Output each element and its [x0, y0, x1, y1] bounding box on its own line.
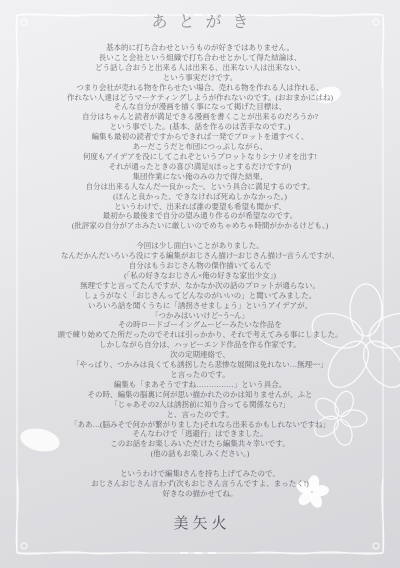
afterword-line: 編集も最初の読者ですからできれば一発でプロットを通すべく、 [0, 132, 400, 142]
afterword-line: 編集も「まあそうですね……………」という具合。 [0, 380, 400, 390]
afterword-line: しょうがなく「おじさんってどんなのがいいの」と聞いてみました。 [0, 291, 400, 301]
afterword-line: その時、編集の脳裏に何が思い描かれたのかは知りませんが、ふと [0, 390, 400, 400]
afterword-line: そんなわけで「逃避行」はできました。 [0, 429, 400, 439]
afterword-content: あとがき 基本的に打ち合わせというものが好きではありません。長いこと会社という組… [0, 0, 400, 533]
afterword-line: 最初から最後まで自分の望み通り作るのが希望なのです。 [0, 211, 400, 221]
afterword-line: 「つかみはいいけど~う~ん」 [0, 311, 400, 321]
afterword-line: 今回は少し面白いことがありました。 [0, 241, 400, 251]
afterword-line: いろいろ話を聞くうちに「誘拐させましょう」というアイデアが、 [0, 301, 400, 311]
afterword-line: (「私の好きなおじさん×俺の好きな家出少女」) [0, 271, 400, 281]
afterword-line: あーだこうだと布団につっぷしながら、 [0, 142, 400, 152]
afterword-paragraph: 基本的に打ち合わせというものが好きではありません。長いこと会社という組織で打ち合… [0, 43, 400, 231]
afterword-line: 何度もアイデアを没にしてこれぞというプロットなりシナリオを出す! [0, 152, 400, 162]
afterword-line: (ほんと良かった、できなければ死ぬしかなかった。) [0, 192, 400, 202]
afterword-page: あとがき 基本的に打ち合わせというものが好きではありません。長いこと会社という組… [0, 0, 400, 568]
afterword-line: というわけで、出来れば誰の要望も希望も聞かず、 [0, 202, 400, 212]
afterword-line: それが通ったときの喜び!満足!(ほっとするだけですが) [0, 162, 400, 172]
page-title: あとがき [0, 9, 400, 32]
afterword-line: 基本的に打ち合わせというものが好きではありません。 [0, 43, 400, 53]
afterword-line: つまり会社が売れる物を作らせたい場合、売れる物を作れる人は作れる、 [0, 83, 400, 93]
afterword-line: どう話し合おうと出来る人は出来る、出来ない人は出来ない、 [0, 63, 400, 73]
afterword-paragraph: というわけで編集Iさんを持ち上げてみたので、おじさんおじさん言わず(次もおじさん… [0, 469, 400, 499]
afterword-line: と、言ったのです。 [0, 410, 400, 420]
afterword-line: そんな自分が漫画を描く事になって掲げた目標は、 [0, 102, 400, 112]
afterword-line: 長いこと会社という組織で打ち合わせとかして得た結論は、 [0, 53, 400, 63]
author-signature: 美矢火 [0, 512, 400, 533]
afterword-line: 自分はもうおじさん物の傑作描いてるんで [0, 261, 400, 271]
afterword-line: 頭で練り始めてた所だったのでそれは引っかかり、それで考えてみる事にしました。 [0, 330, 400, 340]
afterword-line: と言ったのです。 [0, 370, 400, 380]
afterword-line: このお話をお楽しみいただけたら編集共々幸いです。 [0, 439, 400, 449]
afterword-line: 自分はちゃんと読者が満足できる漫画を書くことが出来るのだろうか? [0, 112, 400, 122]
afterword-line: 「ああ…(脳みそで何かが繋がりました)それなら出来るかもしれないですね」 [0, 420, 400, 430]
afterword-line: 「じゃあその2人は誘拐前に知り合ってる関係なら?」 [0, 400, 400, 410]
afterword-line: しかしながら自分は、ハッピーエンド作品を作る作家です。 [0, 340, 400, 350]
afterword-line: おじさんおじさん言わず(次もおじさん言うんですよ、まったく!) [0, 479, 400, 489]
afterword-line: (他の話もお楽しみください。) [0, 449, 400, 459]
afterword-line: 「やっぱり、つかみは良くても誘拐したら悲惨な展開は免れない…無理~~」 [0, 360, 400, 370]
afterword-line: (批評家の自分がアホみたいに厳しいのでめちゃめちゃ時間がかかるけども。) [0, 221, 400, 231]
afterword-line: その時ロードゴーイングムービーみたいな作品を [0, 320, 400, 330]
afterword-line: という事でした。(基本、話を作るのは苦手なのです。) [0, 122, 400, 132]
afterword-line: 次の定期連絡で、 [0, 350, 400, 360]
afterword-line: 好きなの描かせてね。 [0, 489, 400, 499]
afterword-line: 集団作業にない俺のみの力で得た結果、 [0, 172, 400, 182]
afterword-line: 作れない人達はどうマーケティングしようが作れないのです。(おおまかにはね) [0, 93, 400, 103]
afterword-body: 基本的に打ち合わせというものが好きではありません。長いこと会社という組織で打ち合… [0, 43, 400, 499]
afterword-line: 無理ですと言ってたんですが、なかなか次の話のプロットが通らない。 [0, 281, 400, 291]
afterword-paragraph: 今回は少し面白いことがありました。なんだかんだいろいろ没にする編集がおじさん描け… [0, 241, 400, 459]
afterword-line: 自分は出来る人なんだ~~良かった~、という具合に満足するのです。 [0, 182, 400, 192]
afterword-line: という事実だけです。 [0, 73, 400, 83]
afterword-line: なんだかんだいろいろ没にする編集がおじさん描け~おじさん描け~言うんですが、 [0, 251, 400, 261]
afterword-line: というわけで編集Iさんを持ち上げてみたので、 [0, 469, 400, 479]
